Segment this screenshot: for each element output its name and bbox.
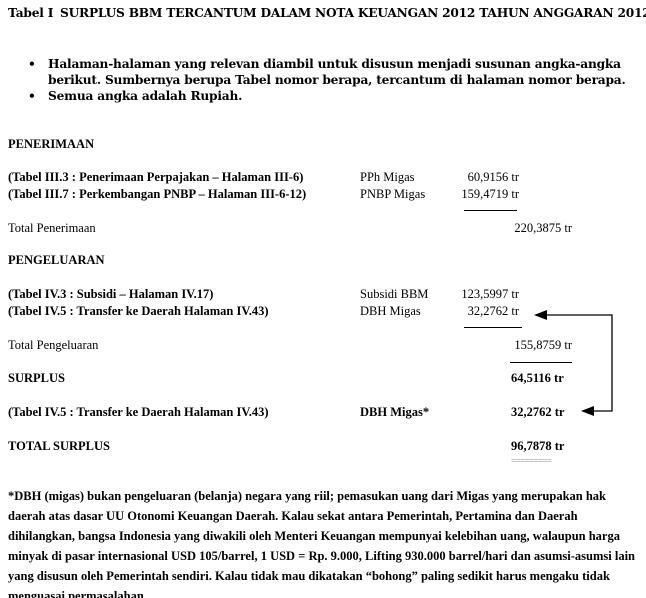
penerimaan-heading: PENERIMAAN [8, 137, 94, 152]
bullet-text: berikut. Sumbernya berupa Tabel nomor be… [48, 72, 626, 88]
line-label: DBH Migas [360, 304, 421, 319]
total-pengeluaran-label: Total Pengeluaran [8, 338, 98, 353]
line-value: 60,9156 tr [430, 170, 519, 185]
sum-rule [464, 327, 522, 328]
table-title-text: SURPLUS BBM TERCANTUM DALAM NOTA KEUANGA… [60, 6, 646, 20]
line-value: 159,4719 tr [430, 187, 519, 202]
dbh-addback-value: 32,2762 tr [511, 405, 564, 420]
source-ref: (Tabel IV.3 : Subsidi – Halaman IV.17) [8, 287, 213, 302]
bullet-icon: • [28, 56, 36, 72]
total-penerimaan-label: Total Penerimaan [8, 221, 96, 236]
source-ref: (Tabel IV.5 : Transfer ke Daerah Halaman… [8, 304, 269, 319]
pengeluaran-heading: PENGELUARAN [8, 253, 105, 268]
double-underline: ========= [511, 456, 551, 466]
source-ref: (Tabel IV.5 : Transfer ke Daerah Halaman… [8, 405, 269, 420]
line-value: 32,2762 tr [430, 304, 519, 319]
bullet-icon: • [28, 88, 36, 104]
total-surplus-label: TOTAL SURPLUS [8, 439, 110, 454]
total-penerimaan-value: 220,3875 tr [480, 221, 572, 236]
line-label: Subsidi BBM [360, 287, 428, 302]
notes-list: • Halaman-halaman yang relevan diambil u… [28, 56, 626, 104]
total-pengeluaran-value: 155,8759 tr [480, 338, 572, 353]
footnote: *DBH (migas) bukan pengeluaran (belanja)… [8, 486, 640, 598]
table-title: Tabel ISURPLUS BBM TERCANTUM DALAM NOTA … [8, 6, 646, 20]
sum-rule [510, 362, 572, 363]
line-label: PNBP Migas [360, 187, 425, 202]
bullet-item: • Halaman-halaman yang relevan diambil u… [28, 56, 626, 88]
source-ref: (Tabel III.3 : Penerimaan Perpajakan – H… [8, 170, 303, 185]
line-value: 123,5997 tr [430, 287, 519, 302]
source-ref: (Tabel III.7 : Perkembangan PNBP – Halam… [8, 187, 306, 202]
table-number: Tabel I [8, 6, 60, 20]
surplus-value: 64,5116 tr [511, 371, 564, 386]
sum-rule [464, 210, 517, 211]
total-surplus-value: 96,7878 tr [511, 439, 564, 454]
bullet-text: Halaman-halaman yang relevan diambil unt… [48, 56, 626, 72]
bullet-text: Semua angka adalah Rupiah. [48, 88, 626, 104]
bullet-item: • Semua angka adalah Rupiah. [28, 88, 626, 104]
surplus-label: SURPLUS [8, 371, 65, 386]
dbh-addback-label: DBH Migas* [360, 405, 429, 420]
line-label: PPh Migas [360, 170, 415, 185]
